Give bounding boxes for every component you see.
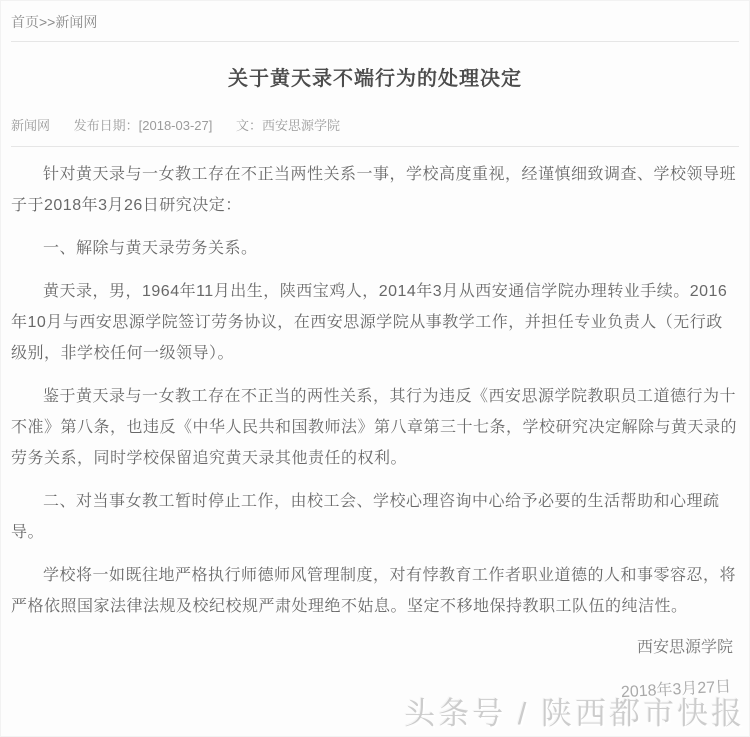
- meta-publish-date: 发布日期：[2018-03-27]: [74, 118, 213, 133]
- meta-source: 新闻网: [11, 118, 50, 133]
- article-paragraph: 一、解除与黄天录劳务关系。: [11, 233, 739, 264]
- article-date: 2018年3月27日: [11, 673, 739, 734]
- article-paragraph: 学校将一如既往地严格执行师德师风管理制度，对有悖教育工作者职业道德的人和事零容忍…: [11, 560, 739, 622]
- page-title: 关于黄天录不端行为的处理决定: [11, 62, 739, 91]
- article-paragraph: 黄天录，男，1964年11月出生，陕西宝鸡人，2014年3月从西安通信学院办理转…: [11, 276, 739, 369]
- breadcrumb: 首页>>新闻网: [11, 1, 739, 42]
- article-body: 针对黄天录与一女教工存在不正当两性关系一事，学校高度重视，经谨慎细致调查、学校领…: [11, 159, 739, 622]
- article-paragraph: 针对黄天录与一女教工存在不正当两性关系一事，学校高度重视，经谨慎细致调查、学校领…: [11, 159, 739, 221]
- article-signature: 西安思源学院: [11, 634, 739, 657]
- article-paragraph: 二、对当事女教工暂时停止工作，由校工会、学校心理咨询中心给予必要的生活帮助和心理…: [11, 486, 739, 548]
- article-meta: 新闻网 发布日期：[2018-03-27] 文：西安思源学院: [11, 115, 739, 147]
- breadcrumb-link[interactable]: 首页>>新闻网: [11, 14, 97, 30]
- article-paragraph: 鉴于黄天录与一女教工存在不正当的两性关系，其行为违反《西安思源学院教职员工道德行…: [11, 381, 739, 474]
- meta-author: 文：西安思源学院: [236, 118, 340, 133]
- article-page: 首页>>新闻网 关于黄天录不端行为的处理决定 新闻网 发布日期：[2018-03…: [0, 0, 750, 737]
